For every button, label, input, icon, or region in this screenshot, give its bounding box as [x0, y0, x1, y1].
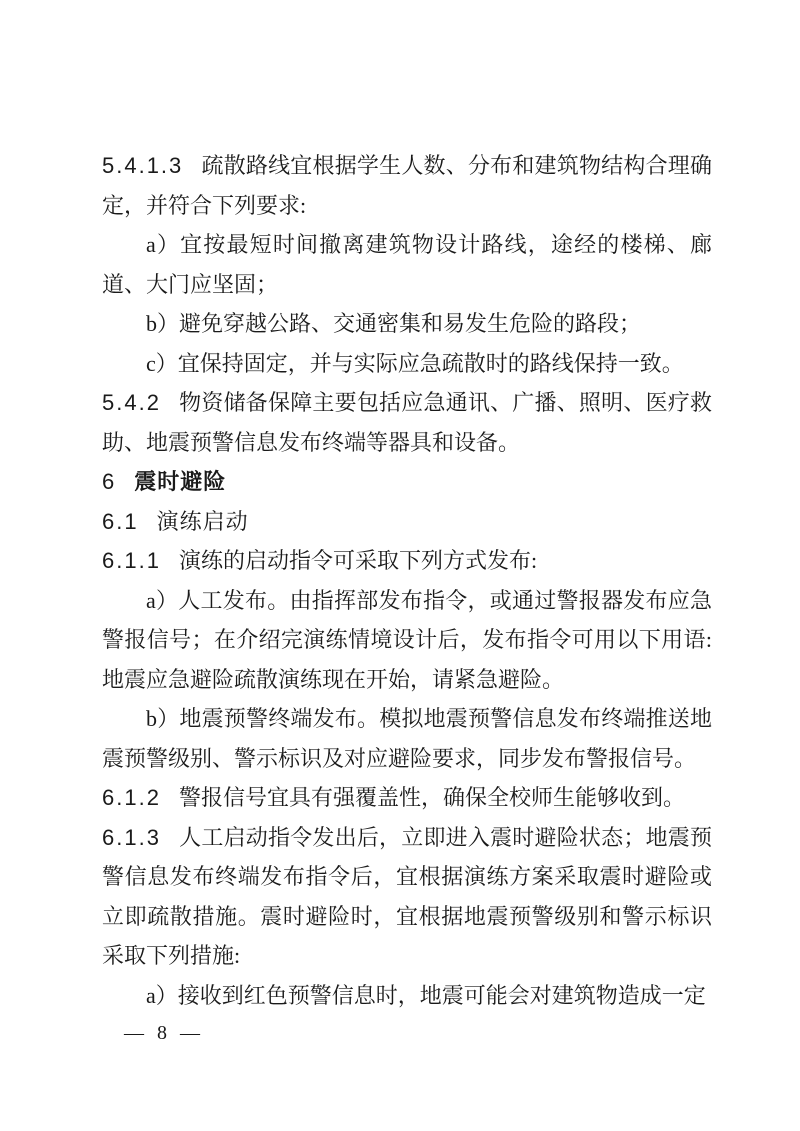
clause-paragraph: 5.4.1.3疏散路线宜根据学生人数、分布和建筑物结构合理确定，并符合下列要求: [102, 146, 712, 225]
list-item: a）宜按最短时间撤离建筑物设计路线，途经的楼梯、廊道、大门应坚固； [102, 225, 712, 304]
list-item-text: a）宜按最短时间撤离建筑物设计路线，途经的楼梯、廊道、大门应坚固； [102, 232, 712, 297]
clause-paragraph: 6.1.1演练的启动指令可采取下列方式发布: [102, 541, 712, 581]
list-item-text: b）避免穿越公路、交通密集和易发生危险的路段； [146, 311, 641, 336]
list-item-text: c）宜保持固定，并与实际应急疏散时的路线保持一致。 [146, 351, 684, 376]
list-item: a）接收到红色预警信息时，地震可能会对建筑物造成一定 [102, 976, 712, 1016]
clause-number: 6.1.1 [102, 548, 161, 573]
list-item-text: b）地震预警终端发布。模拟地震预警信息发布终端推送地震预警级别、警示标识及对应避… [102, 706, 712, 771]
document-page: 5.4.1.3疏散路线宜根据学生人数、分布和建筑物结构合理确定，并符合下列要求:… [0, 0, 800, 1131]
clause-text: 警报信号宜具有强覆盖性，确保全校师生能够收到。 [179, 785, 685, 810]
clause-text: 物资储备保障主要包括应急通讯、广播、照明、医疗救助、地震预警信息发布终端等器具和… [102, 390, 712, 455]
list-item: b）地震预警终端发布。模拟地震预警信息发布终端推送地震预警级别、警示标识及对应避… [102, 699, 712, 778]
clause-number: 6.1.2 [102, 785, 161, 810]
clause-paragraph: 6.1.3人工启动指令发出后，立即进入震时避险状态；地震预警信息发布终端发布指令… [102, 818, 712, 976]
page-number: — 8 — [124, 1022, 204, 1045]
clause-number: 5.4.2 [102, 390, 161, 415]
clause-text: 震时避险 [134, 469, 226, 494]
list-item: a）人工发布。由指挥部发布指令，或通过警报器发布应急警报信号；在介绍完演练情境设… [102, 581, 712, 700]
list-item-text: a）人工发布。由指挥部发布指令，或通过警报器发布应急警报信号；在介绍完演练情境设… [102, 588, 712, 692]
list-item: b）避免穿越公路、交通密集和易发生危险的路段； [102, 304, 712, 344]
clause-paragraph: 5.4.2物资储备保障主要包括应急通讯、广播、照明、医疗救助、地震预警信息发布终… [102, 383, 712, 462]
clause-text: 演练启动 [157, 509, 249, 534]
clause-number: 5.4.1.3 [102, 153, 183, 178]
document-body: 5.4.1.3疏散路线宜根据学生人数、分布和建筑物结构合理确定，并符合下列要求:… [102, 146, 712, 1015]
section-heading: 6震时避险 [102, 462, 712, 502]
clause-number: 6.1.3 [102, 825, 161, 850]
subsection-heading: 6.1演练启动 [102, 502, 712, 542]
clause-text: 人工启动指令发出后，立即进入震时避险状态；地震预警信息发布终端发布指令后，宜根据… [102, 825, 712, 969]
clause-paragraph: 6.1.2警报信号宜具有强覆盖性，确保全校师生能够收到。 [102, 778, 712, 818]
list-item-text: a）接收到红色预警信息时，地震可能会对建筑物造成一定 [146, 983, 706, 1008]
clause-number: 6 [102, 469, 116, 494]
clause-text: 演练的启动指令可采取下列方式发布: [179, 548, 537, 573]
clause-text: 疏散路线宜根据学生人数、分布和建筑物结构合理确定，并符合下列要求: [102, 153, 712, 218]
clause-number: 6.1 [102, 509, 139, 534]
list-item: c）宜保持固定，并与实际应急疏散时的路线保持一致。 [102, 344, 712, 384]
